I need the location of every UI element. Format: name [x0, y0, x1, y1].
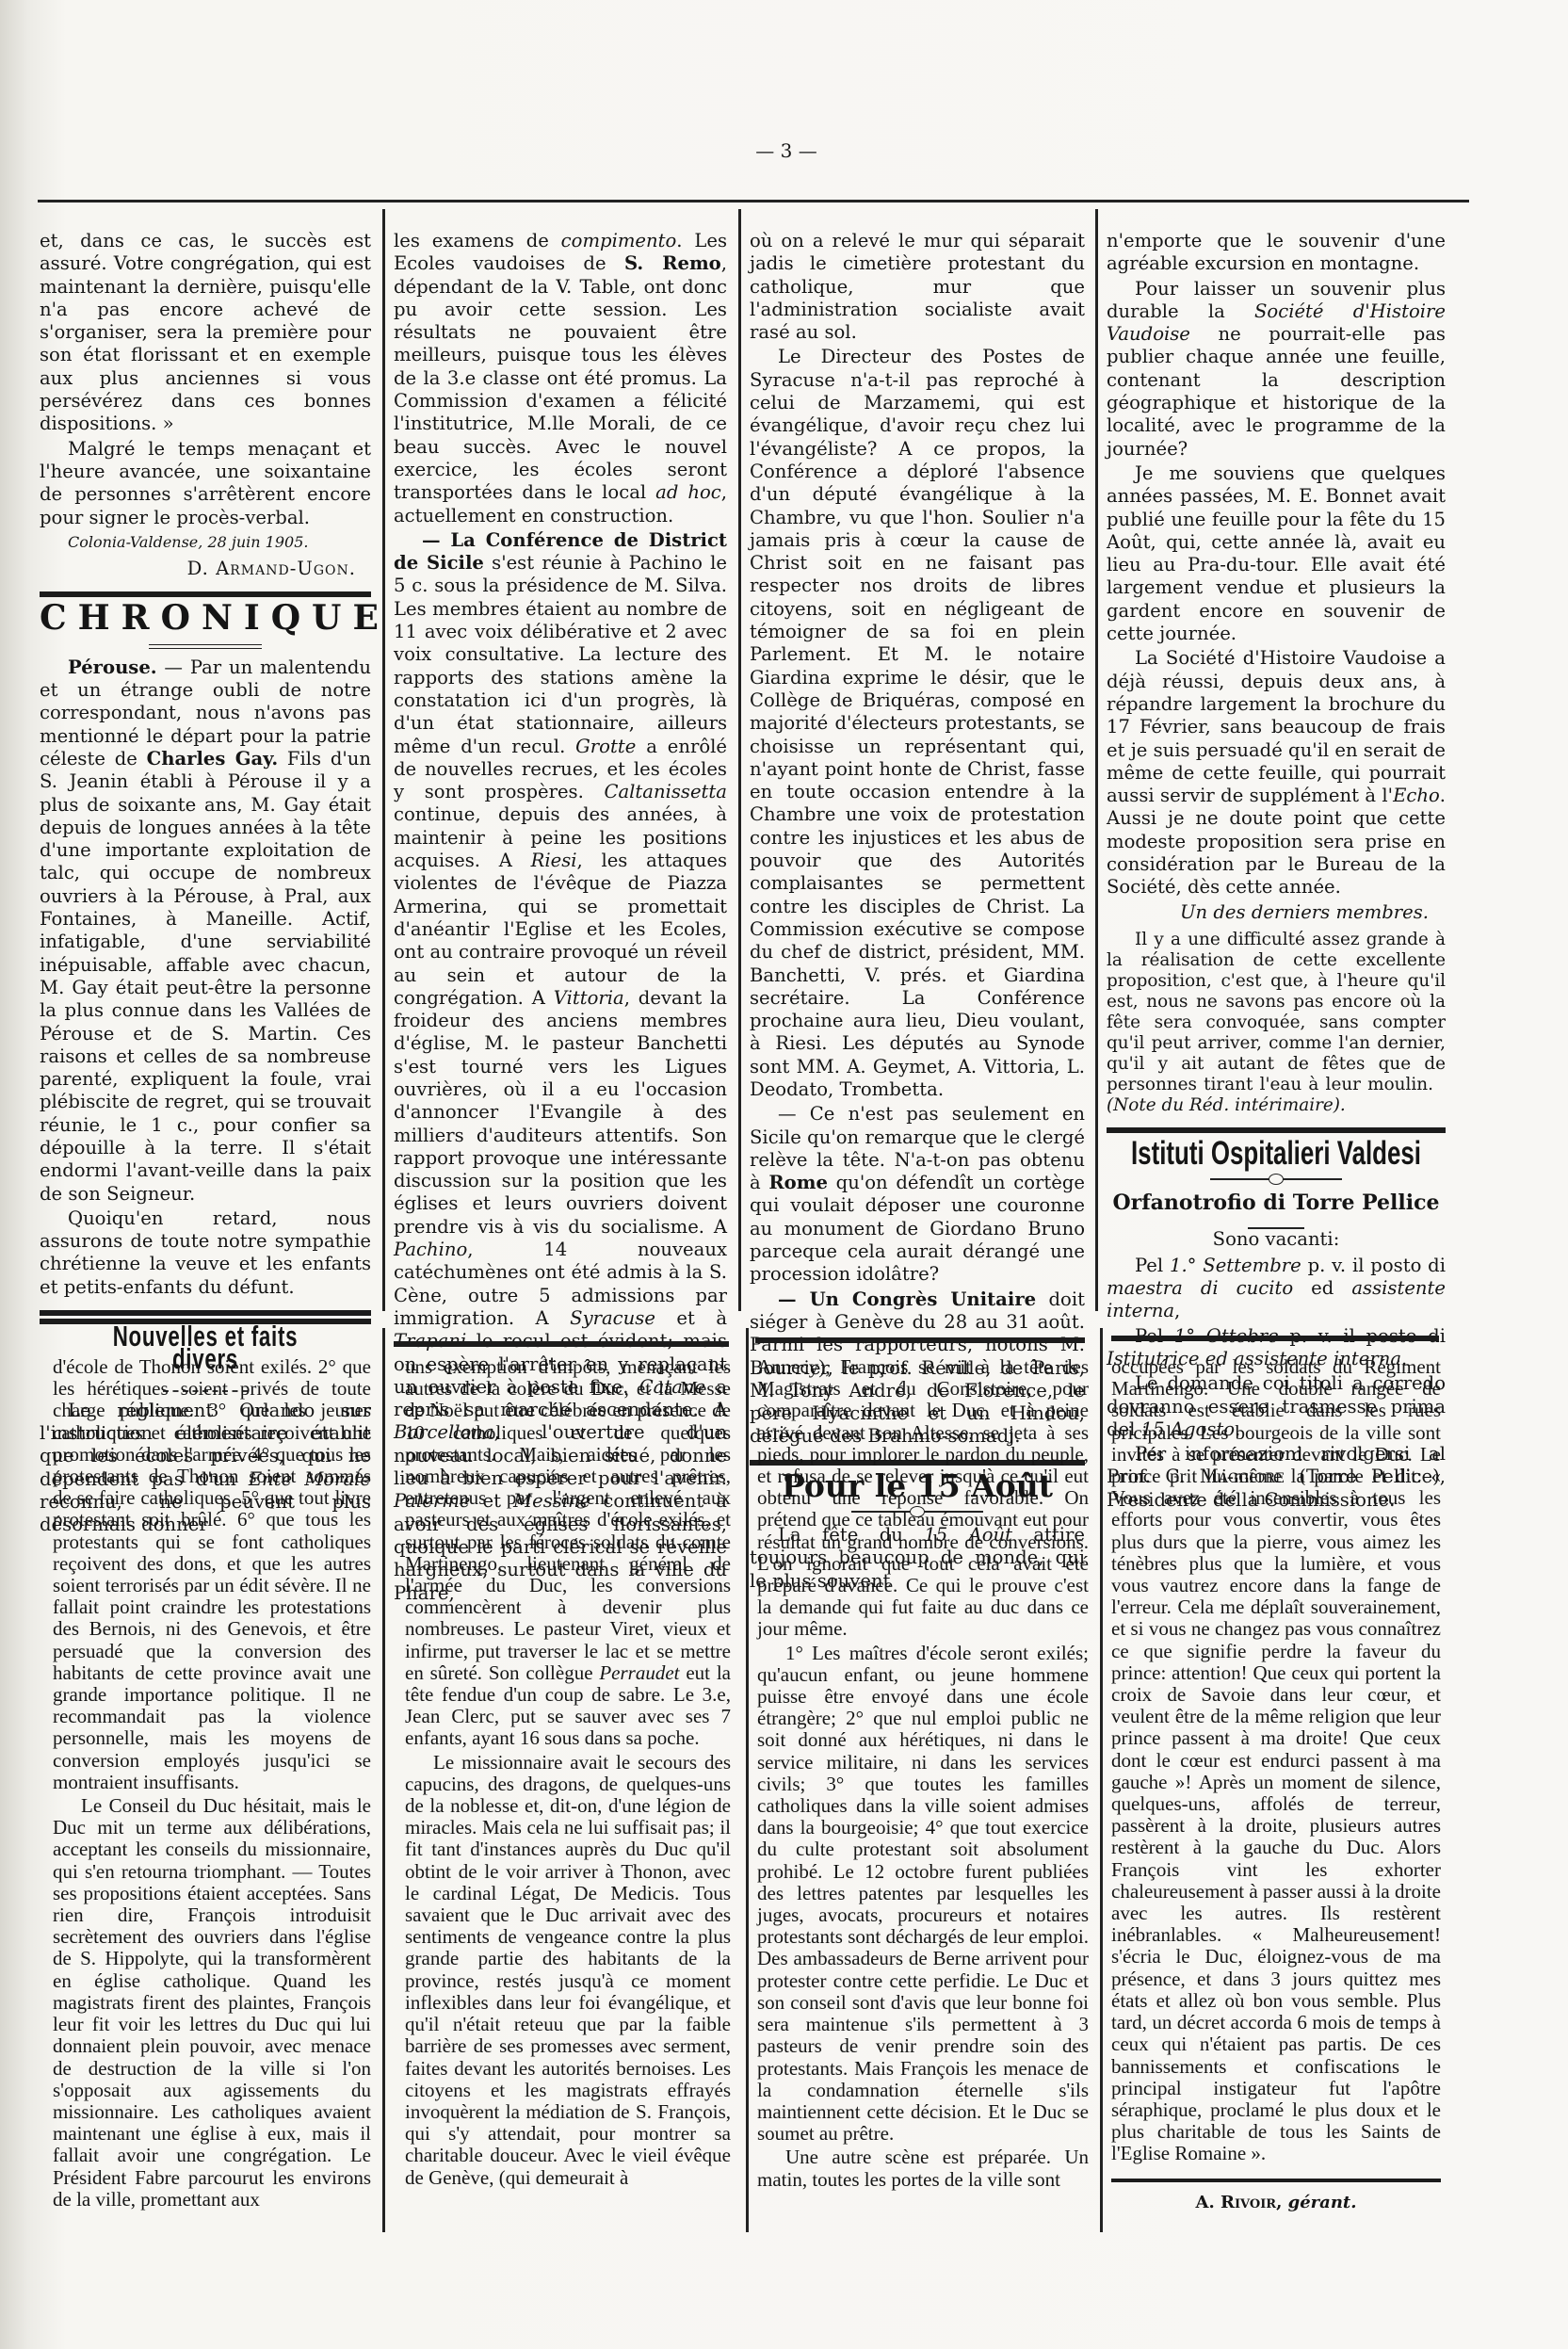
heading-ornament [40, 632, 371, 649]
ad-vacanti: Sono vacanti: [1107, 1228, 1446, 1251]
header-rule [38, 200, 1469, 202]
half-divider-4 [1111, 1336, 1439, 1341]
bottom-column-3: Annecy), François se mit à la tête des M… [757, 1356, 1089, 2193]
column-divider-4 [382, 1328, 385, 2232]
article-postes-syracuse: Le Directeur des Postes de Syracuse n'a-… [750, 346, 1085, 1101]
column-divider-1 [382, 209, 385, 1311]
half-divider-3 [755, 1337, 1085, 1343]
letter-signature: D. Armand-Ugon. [40, 558, 371, 580]
column-divider-2 [738, 209, 741, 1311]
column-divider-3 [1095, 209, 1098, 1311]
feuilleton-autre-scene: Une autre scène est préparée. Un matin, … [757, 2146, 1089, 2190]
half-divider-2 [394, 1341, 729, 1347]
editor-note-signature: (Note du Réd. intérimaire). [1107, 1095, 1346, 1115]
article-15-aout-cont: n'emporte que le souvenir d'une agréable… [1107, 230, 1446, 276]
half-divider-1 [40, 1319, 371, 1324]
feuilleton-annecy: Annecy), François se mit à la tête des M… [757, 1356, 1089, 1641]
article-bonnet-feuille: Je me souviens que quelques années passé… [1107, 462, 1446, 645]
feuilleton-discours-duc: occupées par les soldats du Régiment Mar… [1111, 1356, 1441, 2165]
top-column-1: et, dans ce cas, le succès est assuré. V… [40, 230, 371, 1538]
place-perouse: Pérouse. [68, 656, 157, 678]
article-societe-histoire: La Société d'Histoire Vaudoise a déjà ré… [1107, 647, 1446, 899]
name-charles-gay: Charles Gay. [147, 748, 279, 769]
heading-ornament [1107, 1167, 1446, 1184]
feuilleton-missionnaire: Le missionnaire avait le secours des cap… [405, 1752, 731, 2189]
letter-conclusion: et, dans ce cas, le succès est assuré. V… [40, 230, 371, 436]
section-heading-chronique: CHRONIQUE [40, 607, 371, 629]
section-rule [40, 1310, 371, 1316]
article-signature: Un des derniers membres. [1107, 901, 1446, 924]
bottom-column-1: d'école de Thonon soient exilés. 2° que … [53, 1356, 371, 2212]
bottom-column-2: uns exemption d'impôts, menaçant les aut… [405, 1356, 731, 2191]
letter-closing-paragraph: Malgré le temps menaçant et l'heure avan… [40, 438, 371, 529]
ad-subheading-orfanotrofio: Orfanotrofio di Torre Pellice [1107, 1191, 1446, 1214]
page-number: — 3 — [735, 139, 838, 162]
article-proposition: Pour laisser un souvenir plus durable la… [1107, 278, 1446, 461]
feuilleton-demands: d'école de Thonon soient exilés. 2° que … [53, 1356, 371, 1793]
article-san-remo: les examens de compimento. Les Ecoles va… [394, 230, 727, 527]
article-rome-cortege: — Ce n'est pas seulement en Sicile qu'on… [750, 1103, 1085, 1286]
article-cimetiere: où on a relevé le mur qui séparait jadis… [750, 230, 1085, 344]
ad-heading-istituti: Istituti Ospitalieri Valdesi [1108, 1142, 1443, 1165]
ad-vacancy-1: Pel 1.° Settembre p. v. il posto di maes… [1107, 1255, 1446, 1323]
publisher-signoff: A. Rivoir, gérant. [1111, 2192, 1441, 2213]
signoff-rule [1111, 2179, 1441, 2182]
column-divider-5 [746, 1328, 749, 2232]
feuilleton-conversions: uns exemption d'impôts, menaçant les aut… [405, 1356, 731, 1750]
column-divider-6 [1100, 1328, 1103, 2232]
feuilleton-edicts: 1° Les maîtres d'école seront exilés; qu… [757, 1643, 1089, 2146]
article-perouse-condolences: Quoiqu'en retard, nous assurons de toute… [40, 1207, 371, 1299]
top-column-4: n'emporte que le souvenir d'une agréable… [1107, 230, 1446, 1514]
letter-place-date: Colonia-Valdense, 28 juin 1905. [40, 531, 371, 554]
newspaper-page: — 3 — et, dans ce cas, le succès est ass… [0, 0, 1568, 2349]
editor-note: Il y a une difficulté assez grande à la … [1107, 930, 1446, 1116]
bottom-column-4: occupées par les soldats du Régiment Mar… [1111, 1356, 1441, 2217]
feuilleton-conseil-duc: Le Conseil du Duc hésitait, mais le Duc … [53, 1795, 371, 2211]
section-rule [40, 591, 371, 597]
section-rule [1107, 1127, 1446, 1133]
article-perouse: Pérouse. — Par un malentendu et un étran… [40, 656, 371, 1206]
heading-ornament [1107, 1217, 1446, 1224]
